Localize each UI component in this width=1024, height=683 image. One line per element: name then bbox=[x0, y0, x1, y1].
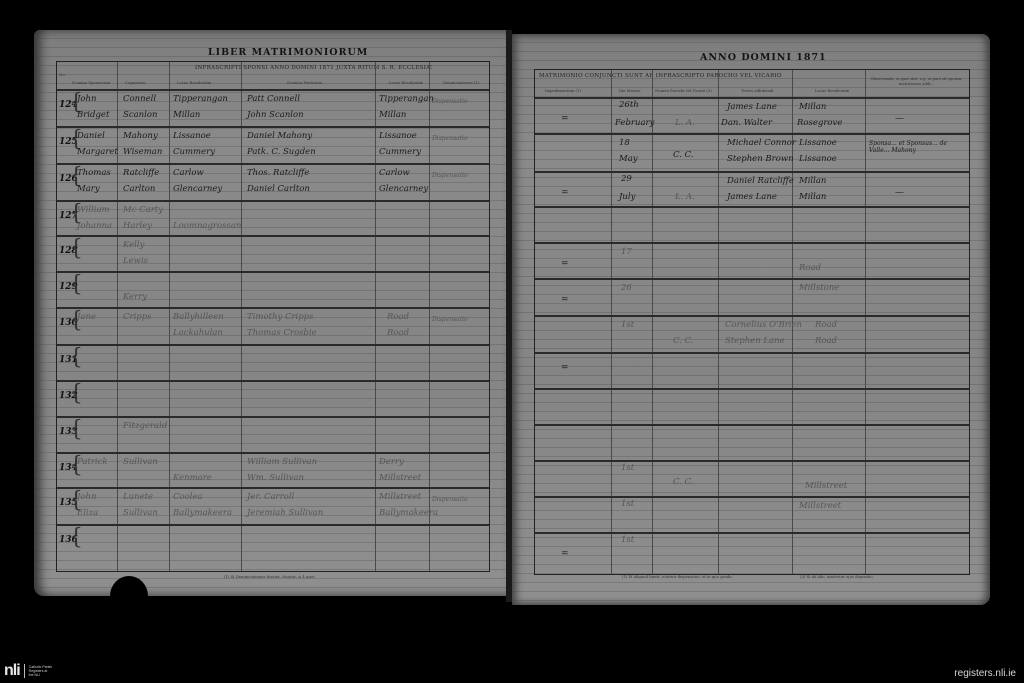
col-impediment: Impedimentum (1) bbox=[545, 88, 581, 93]
left-banner: INFRASCRIPTI SPONSI ANNO DOMINI 1871 JUX… bbox=[195, 65, 432, 71]
col-surname: Cognomen bbox=[125, 80, 146, 85]
col-denunciations: Denunciationes (1) bbox=[443, 80, 479, 85]
col-residence: Locus Residentiæ bbox=[177, 80, 211, 85]
left-footnote: (1) Si Denunciationes fuerint, dicatur, … bbox=[224, 574, 316, 579]
right-banner: MATRIMONIO CONJUNCTI SUNT AB INFRASCRIPT… bbox=[539, 73, 782, 79]
nli-logo-text: Catholic Parish Registers at the NLI bbox=[29, 665, 53, 677]
left-page-title: LIBER MATRIMONIORUM bbox=[208, 47, 368, 58]
site-link[interactable]: registers.nli.ie bbox=[954, 668, 1016, 679]
right-register-table: MATRIMONIO CONJUNCTI SUNT AB INFRASCRIPT… bbox=[534, 69, 970, 575]
col-residence: Locus Residentiæ bbox=[815, 88, 849, 93]
right-footnote-2: (2) Si ab alio, innotetur ejus depositio… bbox=[800, 574, 874, 579]
col-observations: Observanda, si quæ sint: e.g. si pars si… bbox=[869, 76, 964, 86]
col-names: Nomina Sponsorum bbox=[72, 80, 110, 85]
col-priest: Nomen Parochi vel Vicarii (2) bbox=[655, 88, 712, 93]
thumb-shadow bbox=[110, 576, 148, 616]
nli-logo[interactable]: nli Catholic Parish Registers at the NLI bbox=[4, 662, 52, 680]
col-witnesses: Testes adhibendi bbox=[741, 88, 773, 93]
col-parent-residence: Locus Residentiæ bbox=[389, 80, 423, 85]
right-footnote-1: (1) Si aliquod fuerit, notetur dispensat… bbox=[622, 574, 733, 579]
nli-logo-mark: nli bbox=[4, 662, 20, 680]
col-parents: Nomina Parentum bbox=[287, 80, 322, 85]
right-page: ANNO DOMINI 1871 MATRIMONIO CONJUNCTI SU… bbox=[512, 34, 990, 605]
right-page-title: ANNO DOMINI 1871 bbox=[700, 52, 827, 63]
col-no: No. bbox=[59, 72, 66, 77]
col-day-month: Die Mensis bbox=[619, 88, 640, 93]
left-page: LIBER MATRIMONIORUM INFRASCRIPTI SPONSI … bbox=[34, 30, 508, 596]
register-image-viewer: LIBER MATRIMONIORUM INFRASCRIPTI SPONSI … bbox=[0, 0, 1024, 683]
left-register-table: INFRASCRIPTI SPONSI ANNO DOMINI 1871 JUX… bbox=[56, 61, 490, 572]
